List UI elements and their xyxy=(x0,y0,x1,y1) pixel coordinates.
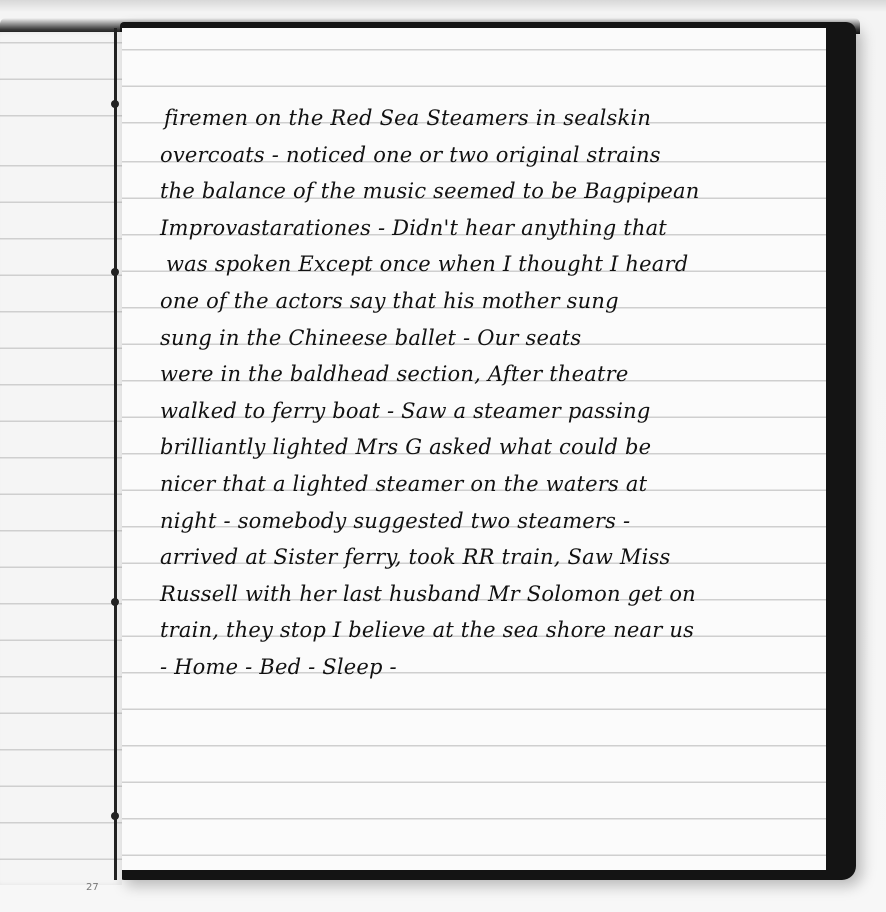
handwritten-line: sung in the Chineese ballet - Our seats xyxy=(160,320,820,357)
handwritten-entry: firemen on the Red Sea Steamers in seals… xyxy=(160,100,820,686)
handwritten-line: firemen on the Red Sea Steamers in seals… xyxy=(160,100,820,137)
handwritten-line: Russell with her last husband Mr Solomon… xyxy=(160,576,820,613)
handwritten-line: one of the actors say that his mother su… xyxy=(160,283,820,320)
handwritten-line: walked to ferry boat - Saw a steamer pas… xyxy=(160,393,820,430)
handwritten-line: overcoats - noticed one or two original … xyxy=(160,137,820,174)
page-number: 27 xyxy=(86,882,99,893)
handwritten-line: - Home - Bed - Sleep - xyxy=(160,649,820,686)
handwritten-line: the balance of the music seemed to be Ba… xyxy=(160,173,820,210)
handwritten-line: arrived at Sister ferry, took RR train, … xyxy=(160,539,820,576)
handwritten-line: train, they stop I believe at the sea sh… xyxy=(160,612,820,649)
handwritten-line: nicer that a lighted steamer on the wate… xyxy=(160,466,820,503)
handwritten-line: brilliantly lighted Mrs G asked what cou… xyxy=(160,429,820,466)
left-page: 27 xyxy=(0,32,122,885)
handwritten-line: night - somebody suggested two steamers … xyxy=(160,503,820,540)
handwritten-line: was spoken Except once when I thought I … xyxy=(160,246,820,283)
handwritten-line: Improvastarationes - Didn't hear anythin… xyxy=(160,210,820,247)
binding-stitch xyxy=(111,268,119,276)
notebook-spine-gutter xyxy=(114,28,117,880)
binding-stitch xyxy=(111,598,119,606)
handwritten-line: were in the baldhead section, After thea… xyxy=(160,356,820,393)
binding-stitch xyxy=(111,812,119,820)
binding-stitch xyxy=(111,100,119,108)
